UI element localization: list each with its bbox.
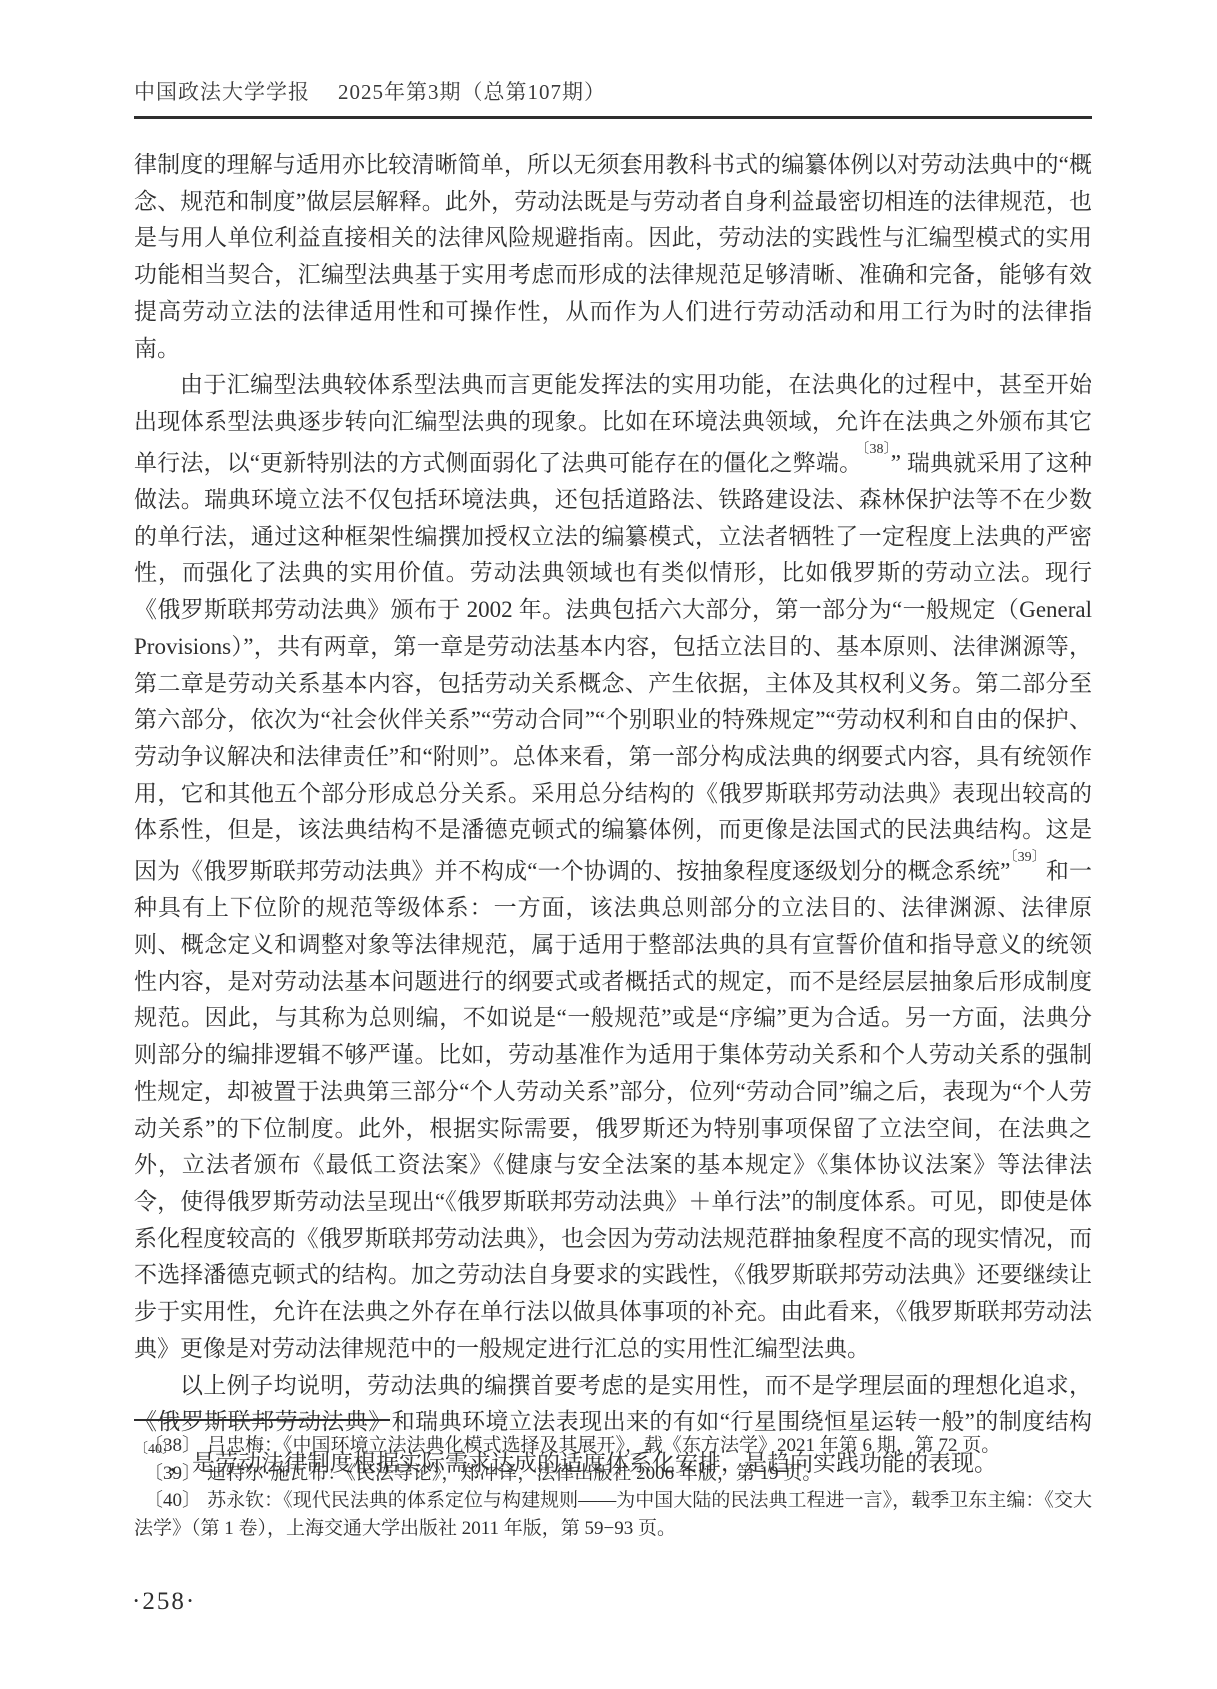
footnote-39: 〔39〕迪特尔·施瓦布：《民法导论》，郑冲译，法律出版社 2006 年版，第 1… [134, 1460, 1092, 1488]
footnotes-section: 〔38〕吕忠梅：《中国环境立法法典化模式选择及其展开》，载《东方法学》2021 … [134, 1432, 1092, 1542]
footnote-marker: 〔40〕 [144, 1490, 201, 1511]
paragraph-2: 由于汇编型法典较体系型法典而言更能发挥法的实用功能，在法典化的过程中，甚至开始出… [134, 367, 1092, 1367]
footnote-38: 〔38〕吕忠梅：《中国环境立法法典化模式选择及其展开》，载《东方法学》2021 … [134, 1432, 1092, 1460]
footnote-ref: 〔39〕 [1010, 850, 1046, 865]
page-number: ·258· [132, 1588, 196, 1616]
header-rule [134, 116, 1092, 119]
journal-page: 中国政法大学学报2025年第3期（总第107期） 律制度的理解与适用亦比较清晰简… [0, 0, 1217, 1689]
paragraph-1: 律制度的理解与适用亦比较清晰简单，所以无须套用教科书式的编纂体例以对劳动法典中的… [134, 147, 1092, 367]
journal-title: 中国政法大学学报 [134, 80, 310, 104]
issue-info: 2025年第3期（总第107期） [338, 80, 606, 104]
footnote-separator [134, 1419, 390, 1421]
footnote-marker: 〔38〕 [144, 1435, 201, 1456]
footnote-40: 〔40〕苏永钦：《现代民法典的体系定位与构建规则——为中国大陆的民法典工程进一言… [134, 1487, 1092, 1542]
footnote-ref: 〔38〕 [862, 442, 890, 457]
article-body: 律制度的理解与适用亦比较清晰简单，所以无须套用教科书式的编纂体例以对劳动法典中的… [134, 147, 1092, 1482]
footnote-marker: 〔39〕 [144, 1463, 201, 1484]
page-header: 中国政法大学学报2025年第3期（总第107期） [134, 76, 1092, 106]
